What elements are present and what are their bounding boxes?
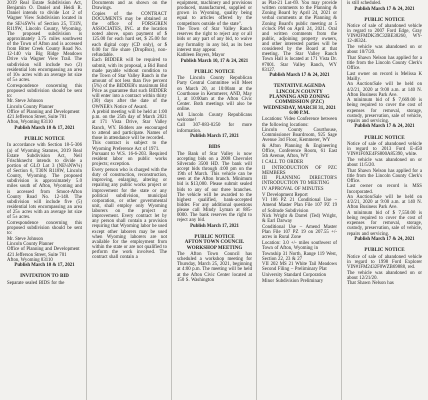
notice-paragraph: This contract is subject to the Wyoming …	[92, 141, 167, 151]
notice-line: Kathleen Buyers, Mayor	[177, 53, 252, 58]
notice-heading: PUBLIC NOTICE	[347, 136, 422, 141]
notice-paragraph: That Shawn Nelson has	[347, 281, 422, 286]
notice-heading: PUBLIC NOTICE	[347, 18, 422, 23]
notice-paragraph: Township 31 North, Range 119 West, Secti…	[262, 252, 337, 262]
notice-paragraph: The Afton Town Council has scheduled a w…	[177, 252, 252, 283]
notice-paragraph: Copies of the CONTRACT DOCUMENTS may be …	[92, 12, 167, 58]
notice-paragraph: Notice of sale of abandoned vehicle in r…	[347, 142, 422, 157]
notice-paragraph: Notice of sale of abandoned vehicle in r…	[347, 24, 422, 45]
notice-paragraph: Last owner on record is MSS Incorporated…	[347, 184, 422, 194]
notice-paragraph: equipment, machinery and provisions prod…	[177, 1, 252, 27]
notice-paragraph: That Shawn Nelson has applied for a titl…	[347, 169, 422, 184]
notice-heading: PUBLIC NOTICE AFTON TOWN COUNCIL WORKSHO…	[177, 235, 252, 251]
notices-column-4: as Plat-21 Lot-69. You may provide writt…	[256, 0, 341, 400]
notice-paragraph: An Auction/Sale will be held on 4/2/21, …	[347, 195, 422, 210]
notice-paragraph: Call 307-883-0250 for more information.	[177, 123, 252, 133]
publish-date: Publish March 17 & 24, 2021	[347, 124, 422, 129]
notice-paragraph: A minimum bid of $ 7,669.00 is being req…	[347, 98, 422, 124]
notice-paragraph: A prebid meeting will be held at 1:00 p.…	[92, 110, 167, 141]
notice-heading: TENTATIVE AGENDA LINCOLN COUNTY PLANNING…	[262, 84, 337, 116]
notice-paragraph: VII 202 MS 21 White Tail Meadows Second …	[262, 262, 337, 272]
publish-date: Publish March 10, 17 & 24, 2021	[177, 59, 252, 64]
publish-date: Publish March 10 & 17, 2021	[7, 263, 82, 268]
notice-paragraph: The Lincoln County Republican Party Cent…	[177, 76, 252, 112]
notice-paragraph: The Bank of Star Valley is now accepting…	[177, 152, 252, 224]
notice-paragraph: 2019 Real Estate Subdivision Act, Benjam…	[7, 1, 82, 83]
notice-paragraph: Conditional Use – Amend Master Plan File…	[262, 225, 337, 240]
notice-heading: PUBLIC NOTICE	[177, 70, 252, 75]
notice-paragraph: II INTRODUCTION OF PZC MEMBERS	[262, 166, 337, 176]
notice-paragraph: as Plat-21 Lot-69. You may provide writt…	[262, 1, 337, 73]
publish-date: Publish March 17 & 24, 2021	[347, 7, 422, 12]
notice-line: Afton, Wyoming 83110	[7, 120, 82, 125]
notice-paragraph: Each BIDDER will be required to submit, …	[92, 58, 167, 109]
publish-date: Publish March 17 & 24, 2021	[262, 73, 337, 78]
notices-column-2: Documents and as shown on the Drawings.C…	[86, 0, 171, 400]
notice-paragraph: The vehicle was abandoned on or about 12…	[347, 271, 422, 281]
notice-paragraph: Notice of sale of abandoned vehicle in r…	[347, 255, 422, 270]
notice-paragraph: Locations: Video Conference between the …	[262, 117, 337, 127]
notice-paragraph: All Lincoln County Republicans welcome!	[177, 113, 252, 123]
notice-paragraph: is still scheduled.	[347, 1, 422, 6]
notice-paragraph: Lincoln County Courthouse, Commissioner …	[262, 128, 337, 143]
notice-paragraph: Office of Planning and Development	[7, 110, 82, 115]
notices-column-3: equipment, machinery and provisions prod…	[171, 0, 256, 400]
notice-paragraph: Correspondence concerning this proposed …	[7, 84, 82, 99]
publish-date: Publish March 17, 2021	[177, 134, 252, 139]
publish-date: Publish March 10 & 17, 2021	[7, 126, 82, 131]
notice-paragraph: Office of Planning and Development	[7, 247, 82, 252]
notice-paragraph: The Town of Star Valley Ranch reserves t…	[177, 27, 252, 53]
notice-heading: BIDS	[177, 145, 252, 150]
notice-heading: PUBLIC NOTICE	[347, 248, 422, 253]
notice-paragraph: Minor Subdivision Preliminary	[262, 279, 337, 284]
publish-date: Publish March 17, 2021	[177, 224, 252, 229]
notice-paragraph: & Afton Planning & Engineering Office, C…	[262, 144, 337, 159]
notice-paragraph: Nick Wright & Darrel (Ted) Wright, & Ear…	[262, 214, 337, 224]
notice-paragraph: Every person who is charged with the dut…	[92, 168, 167, 260]
newspaper-page: 2019 Real Estate Subdivision Act, Benjam…	[0, 0, 428, 400]
notice-heading: INVITATION TO BID	[7, 274, 82, 279]
notice-paragraph: The vehicle was abandoned on or about 11…	[347, 158, 422, 168]
notice-paragraph: Location: 3.0 +/- miles southwest of Tow…	[262, 241, 337, 251]
notice-paragraph: University Standard Corporation	[262, 273, 337, 278]
notice-paragraph: V Development Report	[262, 193, 337, 198]
notice-paragraph: Last owner on record is Melissa K Mailly…	[347, 72, 422, 82]
notice-paragraph: In accordance with Section 18-5-306 (a) …	[7, 143, 82, 220]
notice-paragraph: IV APPROVAL OF MINUTES	[262, 187, 337, 192]
notices-column-1: 2019 Real Estate Subdivision Act, Benjam…	[2, 0, 86, 400]
notice-paragraph: The vehicle was abandoned on or about 10…	[347, 45, 422, 55]
notice-paragraph: Separate sealed BIDS for the	[7, 281, 82, 286]
notice-paragraph: I CALL TO ORDER	[262, 160, 337, 165]
notice-paragraph: VI 106 PZ 21 Conditional Use – Amend Mas…	[262, 198, 337, 213]
notice-line: Afton, Wyoming 83110	[7, 258, 82, 263]
notice-paragraph: Correspondence concerning this proposed …	[7, 221, 82, 236]
notice-heading: PUBLIC NOTICE	[7, 137, 82, 142]
notice-paragraph: Pursuant to W.S. 16-6-203. Required resi…	[92, 152, 167, 167]
notice-paragraph: That Shawn Nelson has applied for a titl…	[347, 56, 422, 71]
publish-date: Publish March 17 & 24, 2021	[347, 237, 422, 242]
notice-paragraph: Documents and as shown on the Drawings.	[92, 1, 167, 11]
notice-paragraph: An Auction/Sale will be held on 4/2/21, …	[347, 82, 422, 97]
notices-column-5: is still scheduled.Publish March 17 & 24…	[341, 0, 426, 400]
notice-paragraph: A minimum bid of $ 7,550.00 is being req…	[347, 211, 422, 237]
notice-paragraph: III PLANNING DIRECTOR'S INTRODUCTION TO …	[262, 176, 337, 186]
